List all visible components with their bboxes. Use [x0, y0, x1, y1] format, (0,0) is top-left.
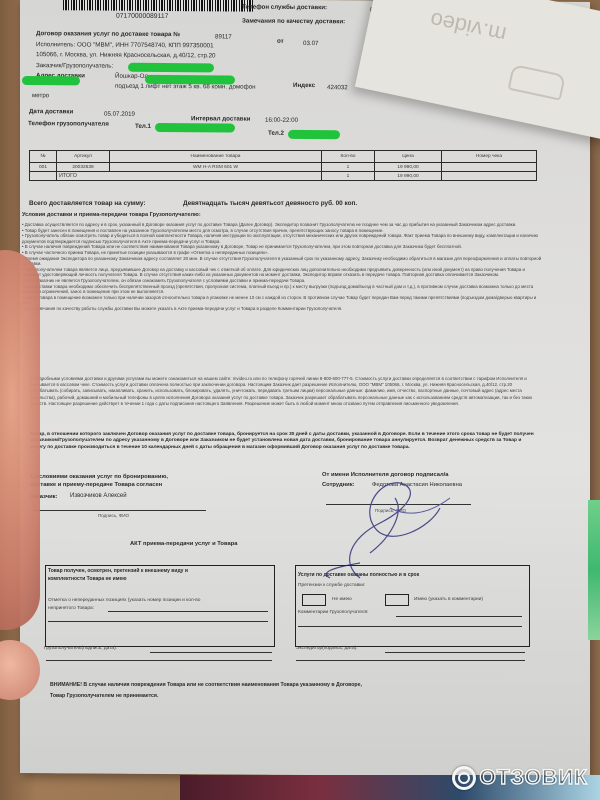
- undelivered-mark-field[interactable]: [108, 611, 268, 612]
- cell-num: 001: [30, 163, 57, 172]
- executor-line-1: Исполнитель: ООО "МВМ", ИНН 7707548740, …: [36, 41, 214, 49]
- warning-line-1: ВНИМАНИЕ! В случае наличия повреждения Т…: [50, 682, 362, 688]
- reservation-paragraph: Товар, в отношении которого заключен Дог…: [30, 432, 535, 451]
- warning-line-2: Товар Грузополучателем не принимается.: [50, 693, 158, 699]
- customer-label: Заказчик/Грузополучатель:: [36, 62, 113, 70]
- delivery-date-value: 05.07.2019: [104, 111, 135, 118]
- column-header: Цена: [375, 151, 442, 163]
- recipient-phone-label: Телефон грузополучателя: [28, 120, 109, 128]
- conditions-title: Условия доставки и приема-передачи товар…: [22, 212, 201, 218]
- tel2-label: Тел.2: [268, 130, 284, 137]
- watermark-text: ОТЗОВИК: [480, 766, 588, 790]
- executor-line-2: 105066, г. Москва, ул. Нижняя Красносель…: [36, 51, 215, 59]
- otzovik-watermark: ОТЗОВИК: [452, 766, 588, 790]
- redaction-mark: [22, 76, 80, 85]
- receipt-brand: m.video: [428, 6, 509, 47]
- condition-item: • Для доставки товара необходимо обеспеч…: [22, 284, 542, 295]
- recipient-signature-field[interactable]: [150, 652, 272, 653]
- delivery-service-heading: Услуги по доставке оказаны полностью и в…: [298, 572, 419, 578]
- delivery-service-box: Услуги по доставке оказаны полностью и в…: [295, 565, 530, 647]
- redaction-mark: [155, 123, 235, 133]
- address-line-3: метро: [32, 92, 49, 99]
- items-table: № Артикул Наименование товара Кол-во Цен…: [29, 150, 537, 181]
- no-claims-checkbox[interactable]: [302, 594, 326, 606]
- forwarder-signature-field-line-2[interactable]: [296, 660, 525, 661]
- condition-item: • Грузополучателем товара является лицо,…: [22, 267, 542, 278]
- column-header: Номер чека: [442, 151, 537, 163]
- finger: [0, 250, 40, 630]
- forwarder-signature-label: Экспедитор(подпись, дата):: [296, 646, 358, 651]
- tel1-label: Тел.1: [135, 123, 151, 130]
- background-object: [588, 500, 600, 640]
- table-total-row: ИТОГО 1 19 990,00: [30, 172, 537, 181]
- recipient-signature-label: Грузополучатель(подпись, дата):: [44, 646, 117, 651]
- table-row: 001 20032638 WM H-A RSM 601 W 1 19 990,0…: [30, 163, 537, 172]
- column-header: №: [30, 151, 57, 163]
- condition-item: • Время ожидания Экспедитора по указанно…: [22, 256, 542, 267]
- receipt-logo-icon: [508, 64, 566, 101]
- total-qty: 1: [322, 172, 375, 181]
- cell-qty: 1: [322, 163, 375, 172]
- no-claims-label: Не имею: [332, 597, 352, 602]
- index-value: 424032: [327, 84, 348, 91]
- total-label: ИТОГО: [57, 172, 322, 181]
- customer-name: Извозчиков Алексей: [70, 493, 127, 499]
- customer-agree-line-1: С условиями оказания услуг по бронирован…: [30, 474, 168, 480]
- recipient-comments-field-line-2[interactable]: [298, 626, 522, 627]
- undelivered-mark-label-2: непринятого Товара:: [48, 606, 94, 611]
- recipient-signature-field-line-2[interactable]: [46, 660, 272, 661]
- cell-article: 20032638: [57, 163, 110, 172]
- contract-label: Договор оказания услуг по доставке товар…: [36, 30, 180, 38]
- customer-signature-line: [34, 510, 206, 511]
- delivery-date-label: Дата доставки: [29, 108, 73, 115]
- claims-label: Претензии к службе доставки:: [298, 583, 365, 588]
- customer-agree-line-2: доставке и приему-передаче Товара соглас…: [30, 482, 162, 488]
- table-header-row: № Артикул Наименование товара Кол-во Цен…: [30, 151, 537, 163]
- act-title: АКТ приема-передачи услуг и Товара: [130, 541, 237, 547]
- info-paragraph: С подробными условиями доставки и другим…: [30, 376, 535, 407]
- address-line-2: подъезд 1 лифт нет этаж 5 кв. 68 комн. д…: [115, 83, 256, 91]
- redaction-mark: [288, 130, 340, 139]
- recipient-comments-label: Комментарии Грузополучателя:: [298, 610, 369, 615]
- delivery-interval-value: 16:00-22:00: [265, 117, 298, 124]
- column-header: Артикул: [57, 151, 110, 163]
- redaction-mark: [128, 63, 214, 73]
- delivery-interval-label: Интервал доставки: [191, 115, 251, 122]
- address-city: Йошкар-Ол: [115, 73, 148, 80]
- forwarder-signature-field[interactable]: [385, 652, 525, 653]
- condition-item: • Все замечания по качеству работы служб…: [22, 306, 542, 312]
- quality-remarks-label: Замечания по качеству доставки:: [242, 18, 345, 26]
- goods-received-heading-1: Товар получен, осмотрен, претензий к вне…: [48, 568, 188, 574]
- cell-receipt: [442, 163, 537, 172]
- condition-item: • Грузополучатель обязан осмотреть товар…: [22, 233, 542, 244]
- goods-received-box: Товар получен, осмотрен, претензий к вне…: [45, 565, 275, 647]
- undelivered-mark-field-line-2[interactable]: [48, 621, 268, 622]
- barcode-number: 07170000089117: [116, 13, 168, 20]
- cell-name: WM H-A RSM 601 W: [110, 163, 322, 172]
- recipient-comments-field[interactable]: [396, 616, 522, 617]
- otzovik-logo-icon: [452, 766, 476, 790]
- sum-label: Всего доставляется товар на сумму:: [29, 200, 146, 207]
- goods-received-heading-2: комплектности Товара не имею: [48, 576, 127, 582]
- customer-signature-caption: Подпись, ФИО: [98, 513, 129, 518]
- conditions-list: • Доставка осуществляется по адресу и в …: [22, 222, 542, 312]
- total-price: 19 990,00: [375, 172, 442, 181]
- condition-item: • Занос Товара в помещение возможен толь…: [22, 295, 542, 306]
- have-claims-checkbox[interactable]: [385, 594, 409, 606]
- condition-item: • Доставка осуществляется по адресу и в …: [22, 222, 542, 228]
- sum-value: Девятнадцать тысяч девятьсот девяносто р…: [183, 200, 357, 207]
- index-label: Индекс: [293, 82, 315, 89]
- contract-from-label: от: [277, 38, 284, 45]
- contract-date: 03.07: [303, 40, 318, 47]
- service-phone-label: Телефон службы доставки:: [242, 4, 327, 12]
- column-header: Наименование товара: [110, 151, 322, 163]
- undelivered-mark-label-1: Отметка о непереданных позициях (указать…: [48, 598, 200, 603]
- cell-price: 19 990,00: [375, 163, 442, 172]
- have-claims-label: Имею (указать в комментарии): [414, 597, 483, 602]
- barcode: [63, 0, 253, 12]
- column-header: Кол-во: [322, 151, 375, 163]
- contract-number: 89117: [215, 33, 232, 40]
